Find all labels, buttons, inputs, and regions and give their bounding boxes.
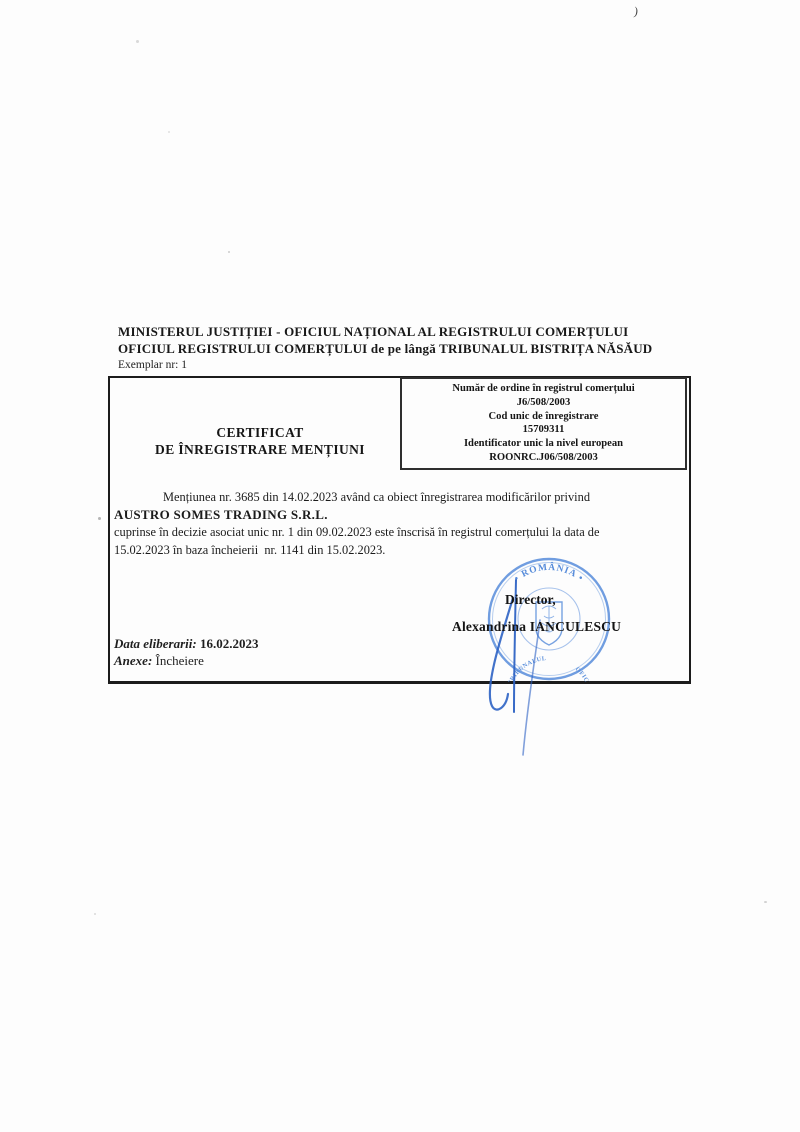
cui-value: 15709311: [402, 423, 685, 437]
euid-value: ROONRC.J06/508/2003: [402, 451, 685, 465]
certificate-title-line1: CERTIFICAT: [148, 424, 372, 441]
scan-speck: [94, 913, 96, 915]
ministry-header-line2: OFICIUL REGISTRULUI COMERȚULUI de pe lân…: [118, 341, 652, 357]
exemplar-number: Exemplar nr: 1: [118, 359, 187, 371]
body-line-1: Mențiunea nr. 3685 din 14.02.2023 având …: [163, 490, 590, 505]
scan-speck: [168, 131, 170, 133]
director-name: Alexandrina IANCULESCU: [452, 619, 621, 635]
order-number-label: Număr de ordine în registrul comerțului: [402, 382, 685, 396]
scan-speck: [228, 251, 230, 253]
annex-value: Încheiere: [152, 653, 204, 668]
handwritten-signature: [470, 555, 560, 780]
issue-date-label: Data eliberarii:: [114, 636, 197, 651]
certificate-title: CERTIFICAT DE ÎNREGISTRARE MENȚIUNI: [148, 424, 372, 458]
certificate-title-line2: DE ÎNREGISTRARE MENȚIUNI: [148, 441, 372, 458]
body-line-3: cuprinse în decizie asociat unic nr. 1 d…: [114, 525, 600, 540]
issue-date-value: 16.02.2023: [197, 636, 259, 651]
euid-label: Identificator unic la nivel european: [402, 437, 685, 451]
annex-row: Anexe: Încheiere: [114, 653, 204, 669]
annex-label: Anexe:: [114, 653, 152, 668]
scan-speck: [764, 901, 767, 903]
issue-date-row: Data eliberarii: 16.02.2023: [114, 636, 258, 652]
scan-artifact-mark: ): [633, 4, 639, 19]
director-role-label: Director,: [505, 592, 556, 608]
body-line-4: 15.02.2023 în baza încheierii nr. 1141 d…: [114, 543, 385, 558]
cui-label: Cod unic de înregistrare: [402, 410, 685, 424]
scan-speck: [98, 517, 101, 520]
order-number-value: J6/508/2003: [402, 396, 685, 410]
certificate-page: ) MINISTERUL JUSTIȚIEI - OFICIUL NAȚIONA…: [0, 0, 800, 1132]
registry-numbers-box: Număr de ordine în registrul comerțului …: [400, 377, 687, 470]
company-name: AUSTRO SOMES TRADING S.R.L.: [114, 507, 328, 523]
scan-speck: [136, 40, 139, 43]
ministry-header-line1: MINISTERUL JUSTIȚIEI - OFICIUL NAȚIONAL …: [118, 324, 628, 340]
